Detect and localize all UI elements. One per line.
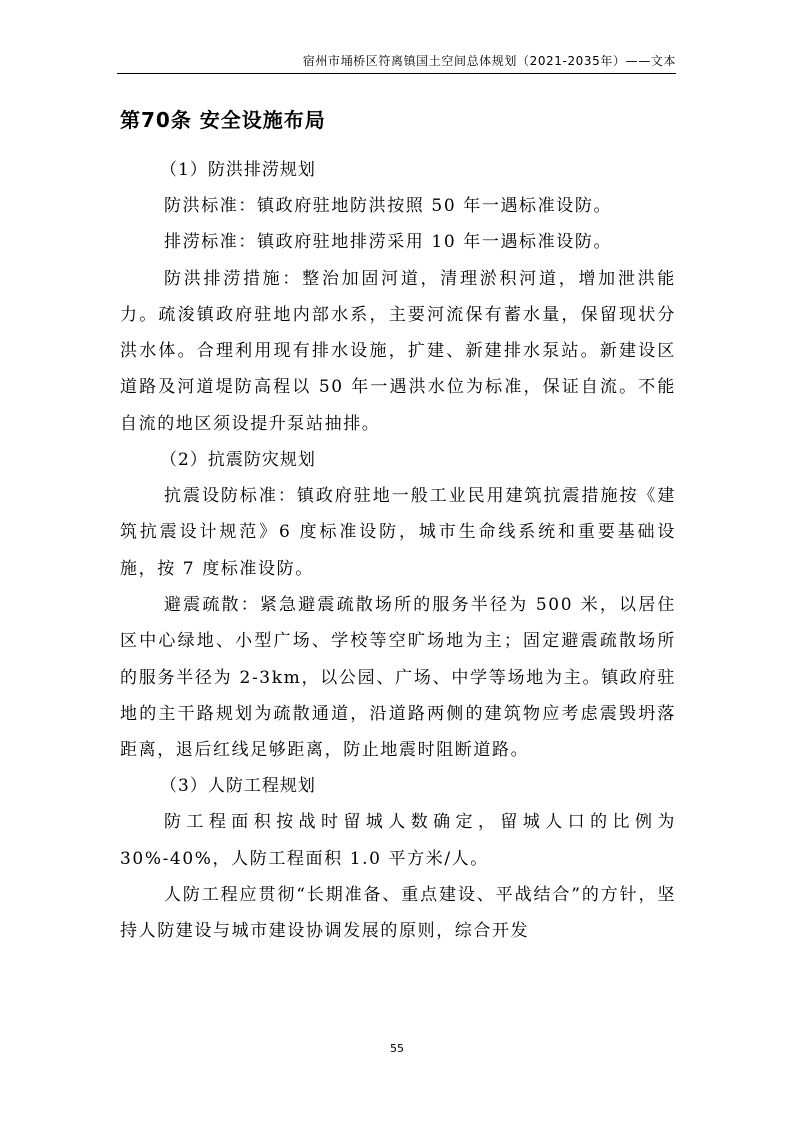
paragraph: 防洪排涝措施：整治加固河道，清理淤积河道，增加泄洪能力。疏浚镇政府驻地内部水系，…: [120, 261, 676, 442]
section-flood-control: （1）防洪排涝规划 防洪标准：镇政府驻地防洪按照 50 年一遇标准设防。 排涝标…: [120, 152, 676, 442]
section-heading: （3）人防工程规划: [120, 768, 676, 804]
paragraph: 防洪标准：镇政府驻地防洪按照 50 年一遇标准设防。: [120, 188, 676, 224]
paragraph: 防工程面积按战时留城人数确定，留城人口的比例为 30%-40%，人防工程面积 1…: [120, 804, 676, 877]
paragraph: 避震疏散：紧急避震疏散场所的服务半径为 500 米，以居住区中心绿地、小型广场、…: [120, 587, 676, 768]
page-footer: 55: [0, 1042, 794, 1055]
section-heading: （1）防洪排涝规划: [120, 152, 676, 188]
page-number: 55: [390, 1042, 404, 1055]
section-civil-air-defense: （3）人防工程规划 防工程面积按战时留城人数确定，留城人口的比例为 30%-40…: [120, 768, 676, 949]
article-title: 第70条 安全设施布局: [120, 100, 676, 140]
paragraph: 抗震设防标准：镇政府驻地一般工业民用建筑抗震措施按《建筑抗震设计规范》6 度标准…: [120, 478, 676, 587]
paragraph: 人防工程应贯彻“长期准备、重点建设、平战结合”的方针，坚持人防建设与城市建设协调…: [120, 877, 676, 950]
running-header: 宿州市埇桥区符离镇国土空间总体规划（2021-2035年）——文本: [117, 52, 676, 74]
section-earthquake-prevention: （2）抗震防灾规划 抗震设防标准：镇政府驻地一般工业民用建筑抗震措施按《建筑抗震…: [120, 442, 676, 768]
paragraph: 排涝标准：镇政府驻地排涝采用 10 年一遇标准设防。: [120, 224, 676, 260]
running-header-title: 宿州市埇桥区符离镇国土空间总体规划（2021-2035年）——文本: [303, 54, 676, 68]
page-body: 第70条 安全设施布局 （1）防洪排涝规划 防洪标准：镇政府驻地防洪按照 50 …: [120, 100, 676, 950]
section-heading: （2）抗震防灾规划: [120, 442, 676, 478]
